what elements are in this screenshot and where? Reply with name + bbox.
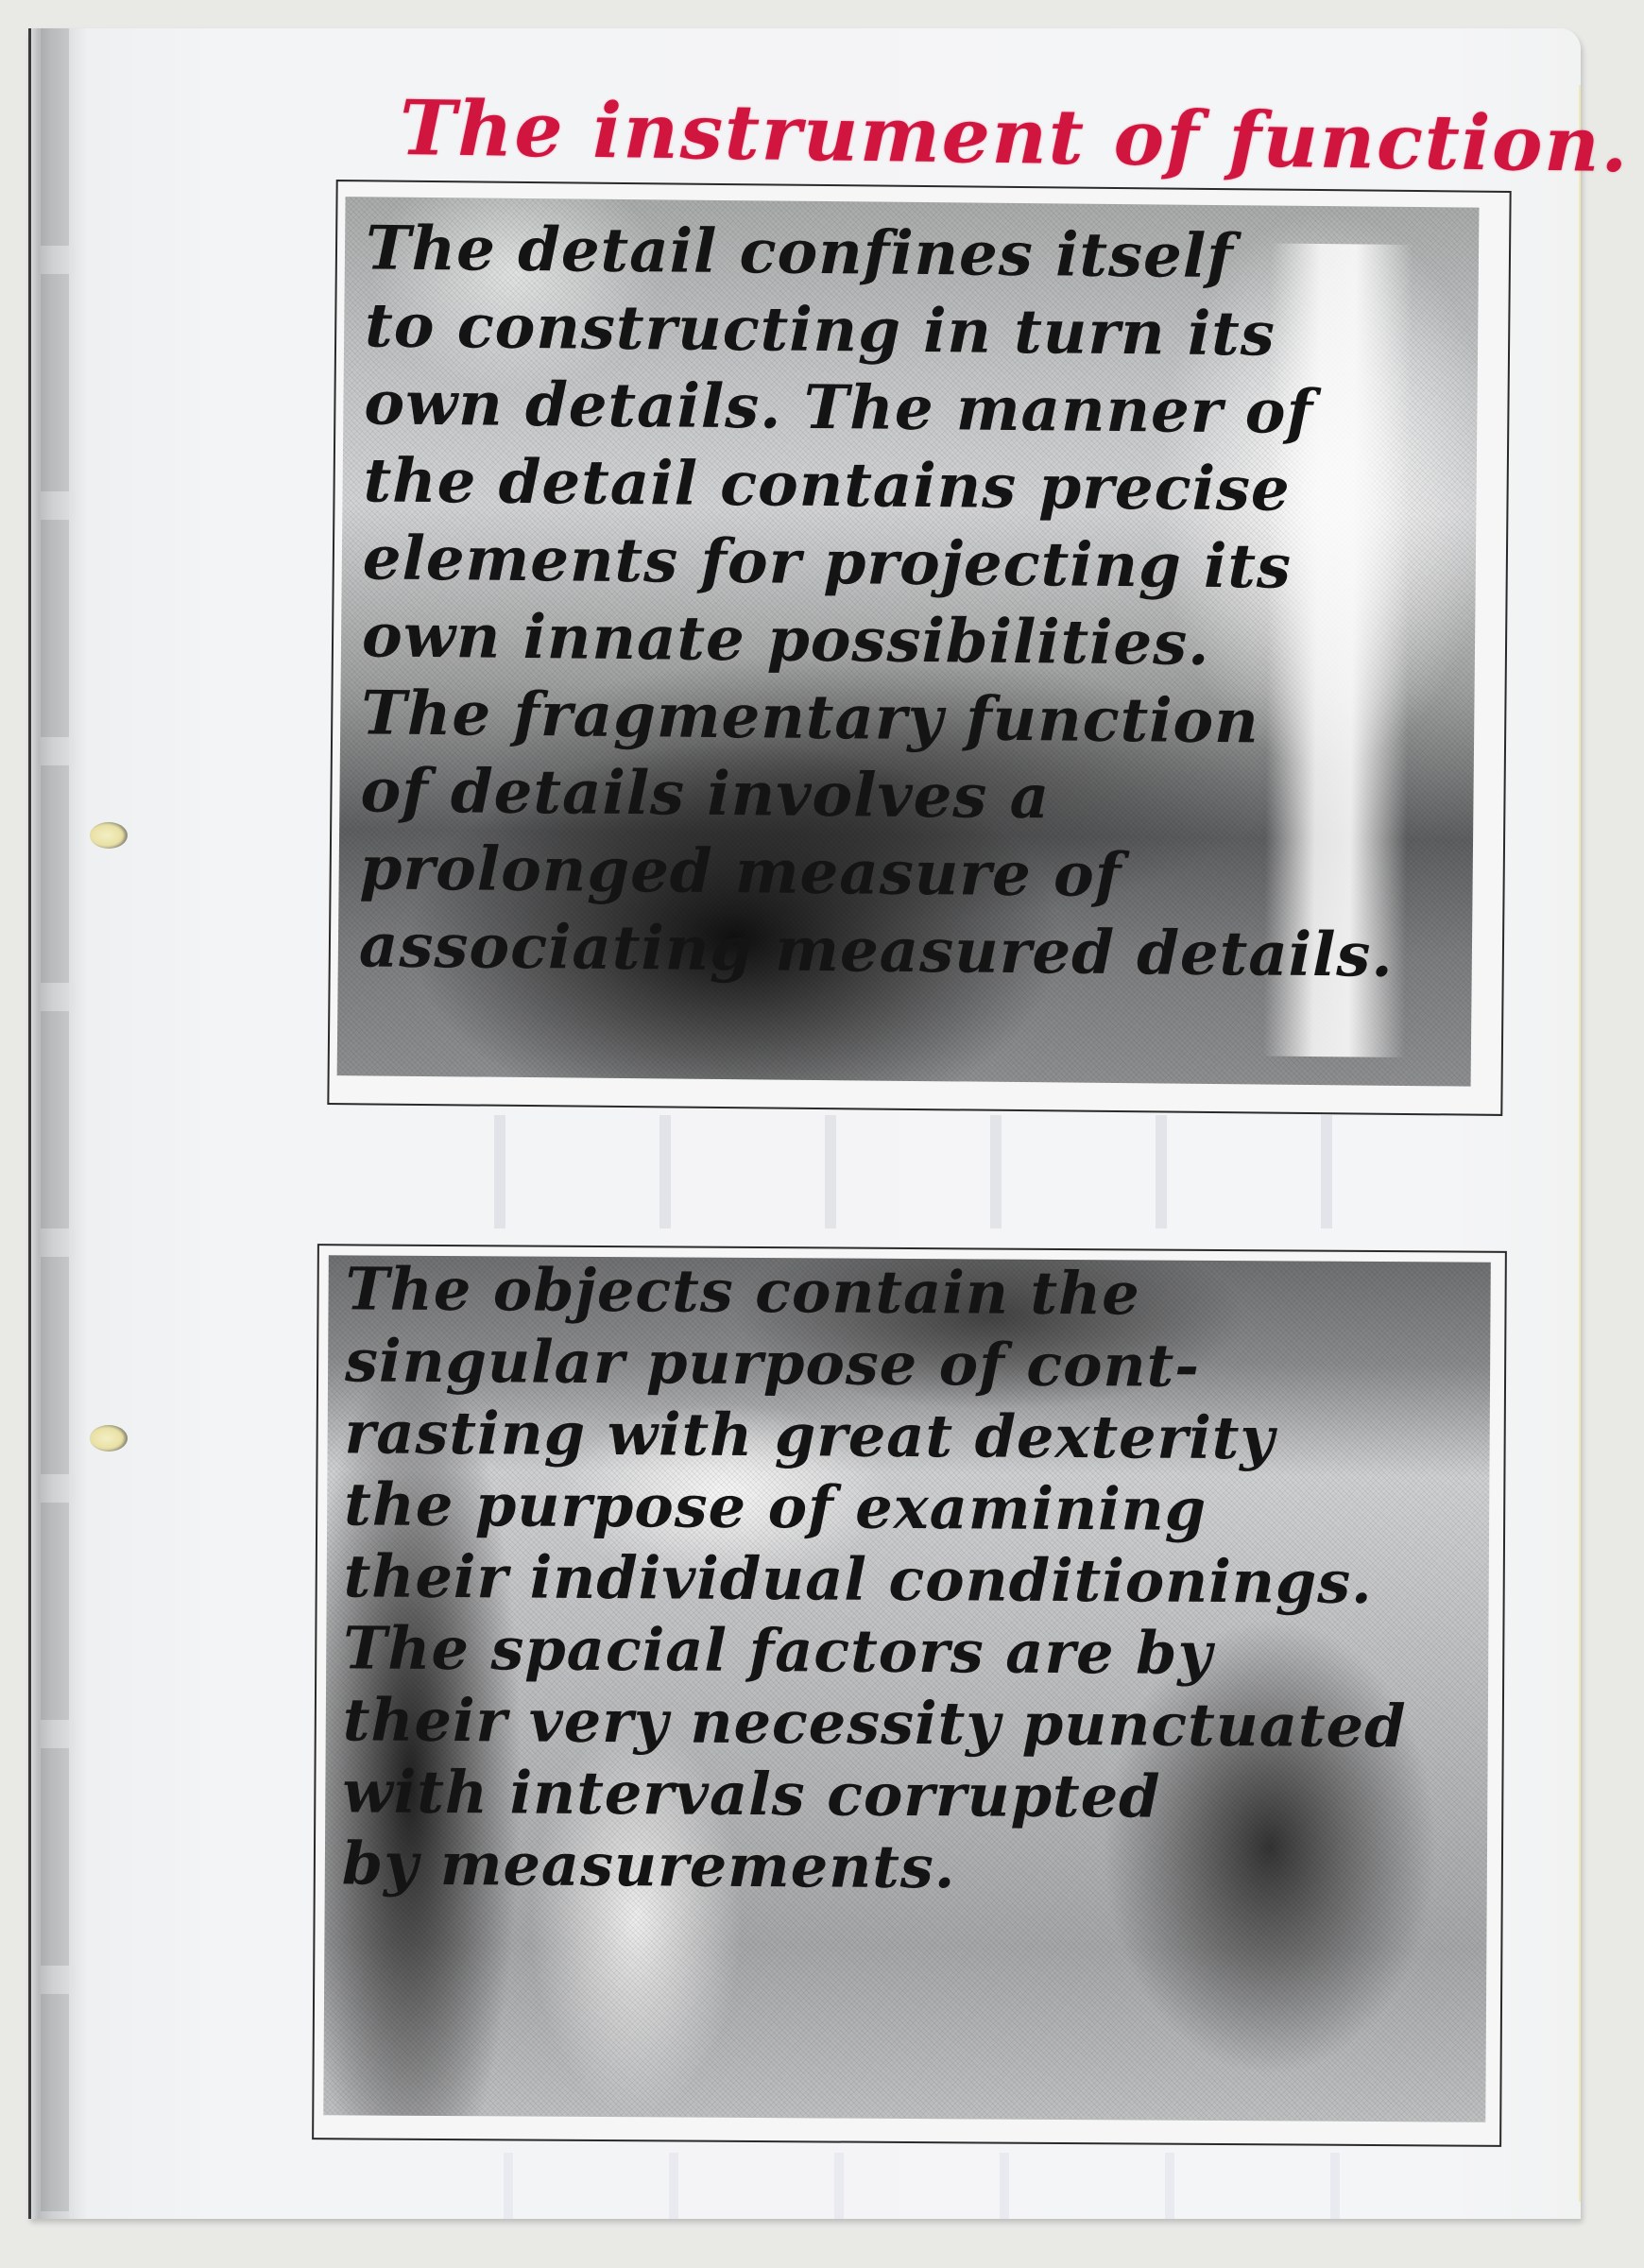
text-line: The fragmentary function bbox=[361, 675, 1477, 763]
text-line: their individual conditionings. bbox=[344, 1540, 1487, 1619]
text-line: the detail contains precise bbox=[363, 442, 1479, 530]
text-line: The objects contain the bbox=[345, 1253, 1488, 1332]
text-line: The detail confines itself bbox=[366, 210, 1481, 298]
photo-panel-top: The detail confines itself to constructi… bbox=[327, 180, 1511, 1116]
handwritten-text-block: The objects contain the singular purpose… bbox=[342, 1253, 1489, 1906]
binding-edge-shadow bbox=[41, 28, 69, 2219]
document-page: The instrument of function. The detail c… bbox=[28, 28, 1581, 2219]
text-line: The spacial factors are by bbox=[343, 1612, 1486, 1691]
text-line: elements for projecting its bbox=[362, 520, 1478, 608]
page-title: The instrument of function. bbox=[399, 83, 1590, 189]
page-right-edge bbox=[1579, 85, 1581, 2202]
show-through-pattern bbox=[352, 1115, 1486, 1228]
text-line: own details. The manner of bbox=[364, 365, 1480, 453]
punch-hole-icon bbox=[90, 822, 128, 849]
photo-panel-bottom: The objects contain the singular purpose… bbox=[312, 1244, 1507, 2147]
text-line: their very necessity punctuated bbox=[343, 1684, 1486, 1762]
text-line: own innate possibilities. bbox=[362, 597, 1478, 685]
punch-hole-icon bbox=[90, 1425, 128, 1452]
text-line: to constructing in turn its bbox=[365, 287, 1481, 375]
text-line: associating measured details. bbox=[359, 907, 1475, 995]
text-line: the purpose of examining bbox=[344, 1469, 1487, 1547]
text-line: by measurements. bbox=[342, 1828, 1485, 1906]
show-through-pattern bbox=[352, 2153, 1486, 2219]
handwritten-text-block: The detail confines itself to constructi… bbox=[359, 210, 1481, 995]
text-line: with intervals corrupted bbox=[342, 1756, 1485, 1834]
text-line: rasting with great dexterity bbox=[344, 1397, 1487, 1475]
text-line: singular purpose of cont- bbox=[345, 1325, 1488, 1403]
text-line: of details involves a bbox=[360, 752, 1476, 840]
text-line: prolonged measure of bbox=[359, 830, 1475, 918]
